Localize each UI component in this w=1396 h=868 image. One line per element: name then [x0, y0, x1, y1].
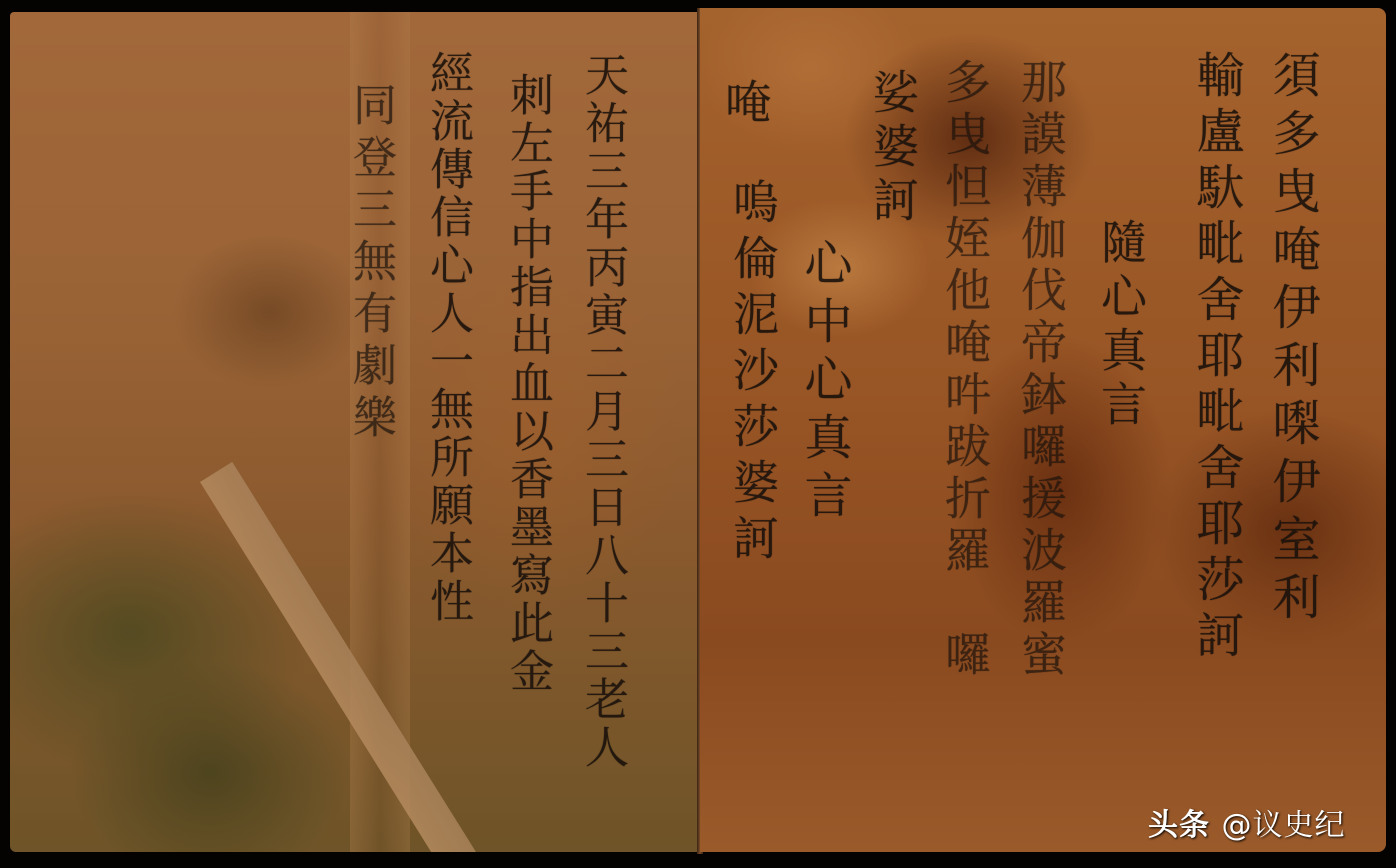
photo-frame: 天祐三年丙寅二月三日八十三老人 刺左手中指出血以香墨寫此金 經流傳信心人一無所願…: [0, 0, 1396, 868]
manuscript-column-colophon-vow: 經流傳信心人一無所願本性: [425, 50, 469, 626]
manuscript-column-colophon-end: 同登三無有劇樂: [348, 82, 392, 446]
watermark-handle: @议史纪: [1221, 808, 1345, 843]
left-page: 天祐三年丙寅二月三日八十三老人 刺左手中指出血以香墨寫此金 經流傳信心人一無所願…: [10, 12, 700, 852]
manuscript-column-mantra-1: 須多曳唵伊利𠼝伊室利: [1268, 50, 1316, 630]
manuscript-column-mantra-2: 輸盧馱毗舍耶毗舍耶莎訶: [1192, 50, 1240, 666]
source-watermark: 头条 @议史纪: [1148, 800, 1345, 844]
right-page: 須多曳唵伊利𠼝伊室利 輸盧馱毗舍耶毗舍耶莎訶 隨心真言 那謨薄伽伐帝鉢囉援波羅蜜…: [700, 8, 1386, 852]
manuscript-column-colophon-date: 天祐三年丙寅二月三日八十三老人: [580, 52, 624, 772]
manuscript-column-heading-xinzhongxin: 心中心真言: [800, 238, 848, 528]
manuscript-column-colophon-blood: 刺左手中指出血以香墨寫此金: [505, 72, 549, 696]
manuscript-column-mantra-3: 那謨薄伽伐帝鉢囉援波羅蜜: [1018, 58, 1064, 682]
watermark-platform: 头条: [1148, 808, 1210, 843]
manuscript-column-svaha: 娑婆訶: [870, 68, 916, 230]
manuscript-column-mantra-4: 多曳怛姪他唵吽跋折羅𡁠囉: [942, 58, 988, 682]
manuscript-column-mantra-5: 嗚倫泥沙莎婆訶: [730, 178, 776, 570]
manuscript-column-om: 唵: [722, 78, 768, 130]
manuscript-column-heading-suixin: 隨心真言: [1098, 218, 1144, 434]
